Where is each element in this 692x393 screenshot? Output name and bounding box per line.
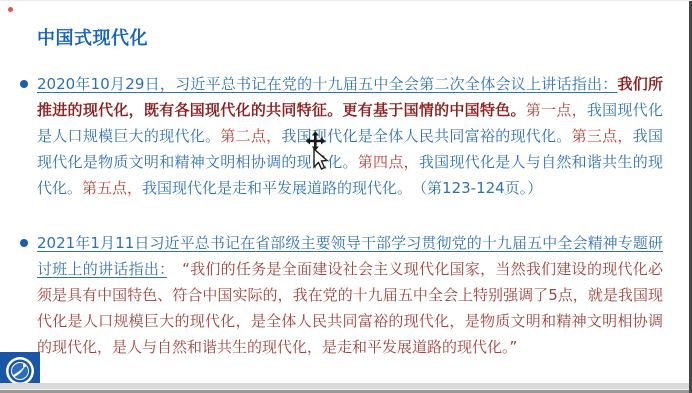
text-segment-red: 第五点， bbox=[82, 179, 142, 197]
text-segment-blue: 我国现代化是走和平发展道路的现代化。 bbox=[142, 179, 405, 197]
text-segment-red: 第一点， bbox=[526, 101, 587, 119]
text-segment-red: 第三点， bbox=[572, 127, 633, 145]
page-title: 中国式现代化 bbox=[37, 24, 148, 50]
recording-dot-icon bbox=[8, 7, 13, 12]
bullet-list: 2020年10月29日，习近平总书记在党的十九届五中全会第二次全体会议上讲话指出… bbox=[20, 71, 663, 389]
slide-frame: 中国式现代化 2020年10月29日，习近平总书记在党的十九届五中全会第二次全体… bbox=[0, 0, 692, 393]
bullet-item-2: 2021年1月11日习近平总书记在省部级主要领导干部学习贯彻党的十九届五中全会精… bbox=[20, 230, 663, 360]
text-segment-blue: （第123-124页。） bbox=[405, 179, 543, 197]
text-segment-red: 第二点， bbox=[220, 127, 281, 145]
text-segment-blue: 我国现代化是全体人民共同富裕的现代化。 bbox=[281, 127, 571, 145]
bullet-item-1: 2020年10月29日，习近平总书记在党的十九届五中全会第二次全体会议上讲话指出… bbox=[20, 71, 663, 201]
bottom-bar bbox=[0, 383, 692, 393]
text-segment-red: 第四点， bbox=[358, 153, 419, 171]
citation-link-text[interactable]: 2020年10月29日，习近平总书记在党的十九届五中全会第二次全体会议上讲话指出… bbox=[37, 75, 617, 93]
